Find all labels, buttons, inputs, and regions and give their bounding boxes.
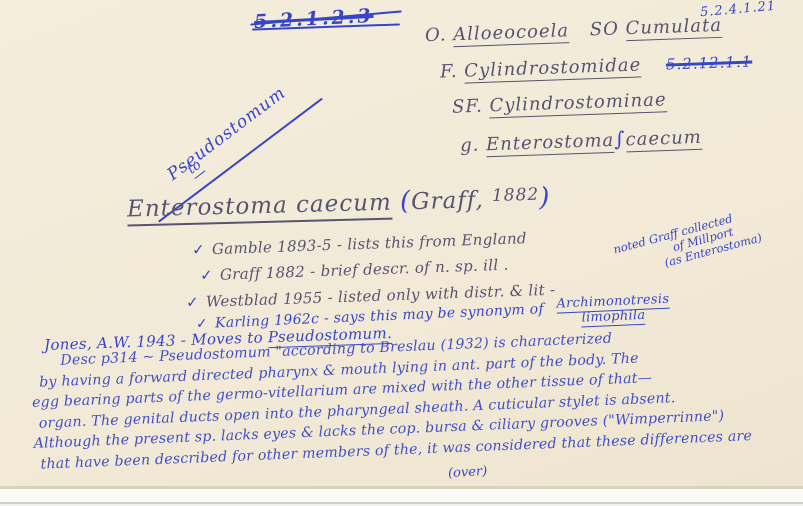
- synonym-taxon: Archimonotresis limophila: [556, 292, 670, 327]
- index-card: 5.2.1.2.3 5.2.4.1.21 O. Alloeocoela SO C…: [0, 0, 803, 506]
- over-note: (over): [448, 464, 488, 481]
- title-year: 1882: [492, 185, 540, 206]
- taxonomy-family-line: F. Cylindrostomidae 5.2.12.1.1: [440, 51, 753, 83]
- card-title: Enterostoma caecum (Graff, 1882): [127, 182, 551, 223]
- family-prefix: F.: [440, 61, 458, 83]
- check-icon: ✓: [192, 240, 205, 258]
- check-icon: ✓: [200, 266, 213, 284]
- species-name: caecum: [625, 127, 702, 153]
- title-paren-close: ): [539, 182, 551, 212]
- genus-name: Enterostoma: [486, 130, 615, 157]
- order-name: Alloeocoela: [453, 20, 570, 47]
- subfamily-prefix: SF.: [452, 96, 483, 118]
- suborder-prefix: SO: [589, 18, 619, 40]
- family-struck-number: 5.2.12.1.1: [666, 53, 753, 74]
- synonym-species: limophila: [581, 308, 646, 328]
- title-species-name: Enterostoma caecum: [127, 190, 392, 227]
- suborder-name: Cumulata: [625, 15, 722, 41]
- order-prefix: O.: [425, 24, 447, 46]
- family-name: Cylindrostomidae: [464, 54, 642, 83]
- genus-prefix: g.: [460, 135, 480, 157]
- photo-margin: [0, 489, 803, 502]
- taxonomy-genus-line: g. Enterostoma∫caecum: [460, 124, 702, 156]
- subfamily-name: Cylindrostominae: [489, 89, 667, 118]
- margin-note: noted Graff collected of Millport (as En…: [612, 206, 763, 282]
- title-author: Graff,: [411, 187, 484, 215]
- insertion-mark: ∫: [614, 126, 626, 150]
- taxonomy-subfamily-line: SF. Cylindrostominae: [452, 89, 667, 117]
- reference-graff: ✓Graff 1882 - brief descr. of n. sp. ill…: [200, 256, 509, 285]
- taxonomy-order-line: O. Alloeocoela SO Cumulata: [425, 15, 723, 46]
- check-icon: ✓: [186, 293, 199, 311]
- reference-gamble: ✓Gamble 1893-5 - lists this from England: [192, 229, 527, 259]
